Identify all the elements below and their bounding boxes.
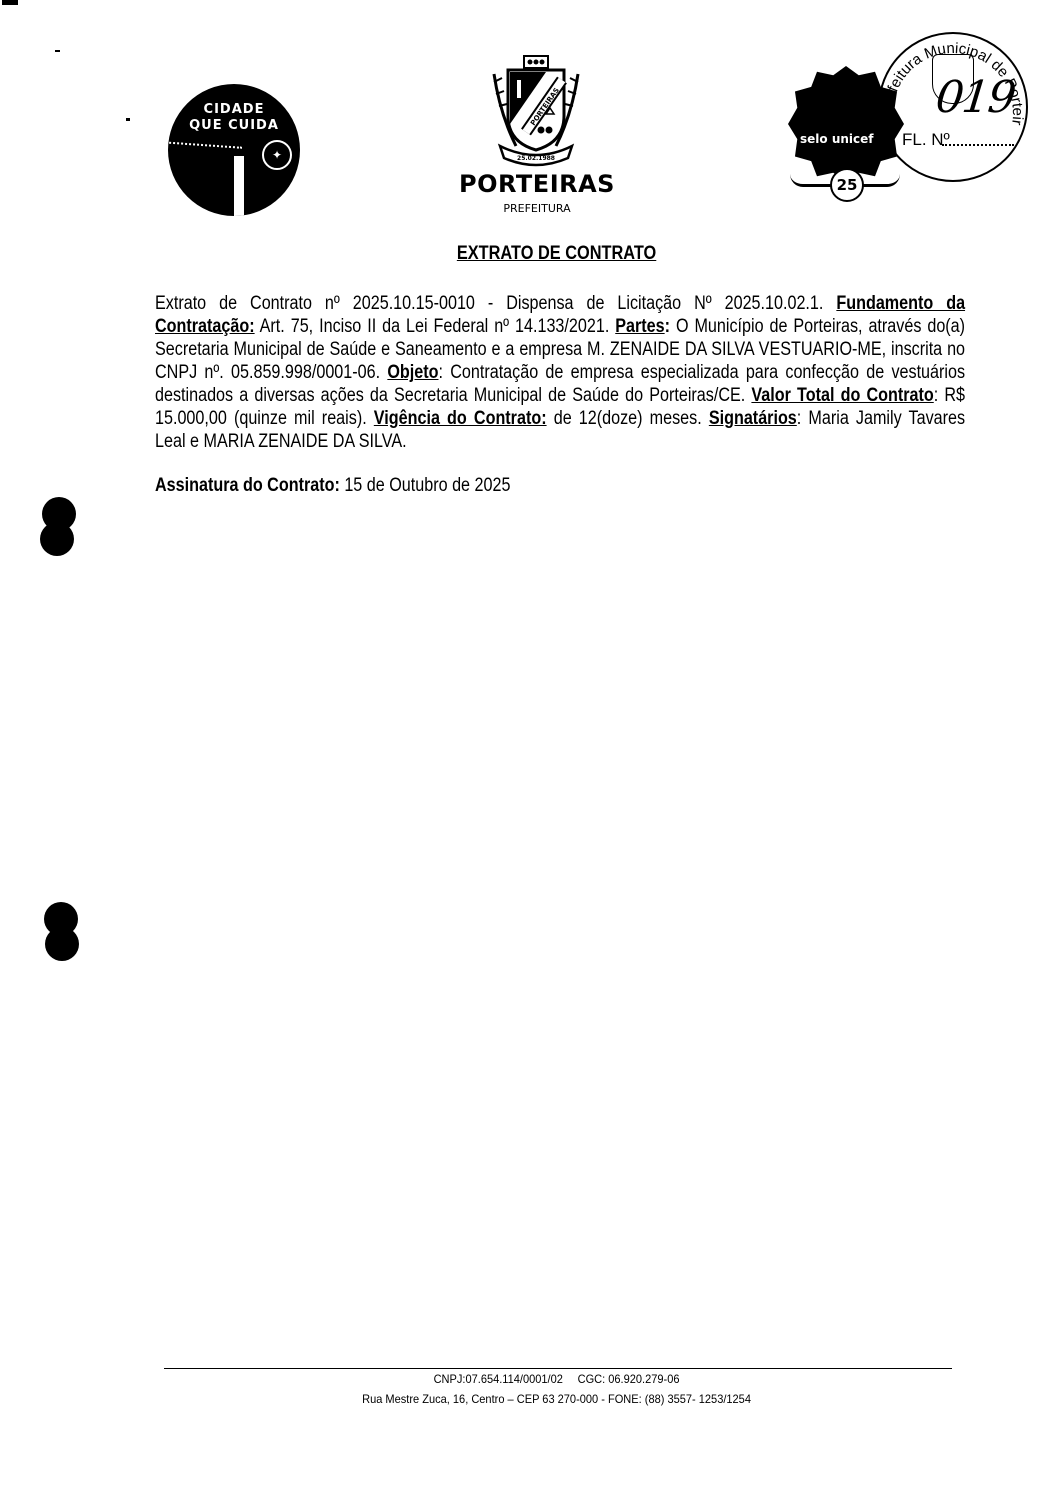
paragraph-segment: Valor Total do Contrato — [751, 385, 933, 406]
footer-divider — [164, 1368, 952, 1369]
scan-speck — [126, 118, 130, 121]
punch-hole — [40, 522, 74, 556]
contract-paragraph: Extrato de Contrato nº 2025.10.15-0010 -… — [155, 292, 965, 453]
badge-number: 25 — [830, 168, 864, 202]
footer-cgc: CGC: 06.920.279-06 — [578, 1372, 680, 1386]
brand-name: PORTEIRAS — [452, 170, 622, 198]
footer-cnpj: CNPJ:07.654.114/0001/02 — [434, 1372, 563, 1386]
coat-of-arms-icon: PORTEIRAS 25.02.1988 — [486, 54, 586, 169]
unicef-label: selo unicef — [800, 132, 874, 146]
punch-hole — [45, 927, 79, 961]
scan-speck — [2, 0, 18, 5]
paragraph-segment: Objeto — [387, 362, 438, 383]
paragraph-segment: Partes: — [615, 316, 670, 337]
handwritten-page-number: 019 — [933, 72, 1016, 123]
contract-signing-line: Assinatura do Contrato: 15 de Outubro de… — [155, 475, 750, 497]
footer-address: Rua Mestre Zuca, 16, Centro – CEP 63 270… — [45, 1392, 1058, 1406]
scan-speck — [55, 50, 60, 52]
page-label: FL. Nº — [902, 130, 950, 150]
seal-icon: ✦ — [262, 140, 292, 170]
logo-text-line1: CIDADE — [168, 102, 300, 117]
signing-label: Assinatura do Contrato: — [155, 475, 340, 496]
logo-curve — [168, 141, 242, 150]
cidade-que-cuida-logo: CIDADE QUE CUIDA ✦ — [168, 84, 300, 216]
page-number-line — [942, 144, 1014, 146]
logo-text-line2: QUE CUIDA — [168, 118, 300, 133]
paragraph-segment: Extrato de Contrato nº 2025.10.15-0010 -… — [155, 293, 836, 314]
document-title: EXTRATO DE CONTRATO — [78, 243, 1035, 265]
paragraph-segment: de 12(doze) meses. — [547, 408, 709, 429]
footer-registration: CNPJ:07.654.114/0001/02CGC: 06.920.279-0… — [45, 1372, 1058, 1386]
logo-pillar — [234, 156, 244, 216]
signing-date: 15 de Outubro de 2025 — [340, 475, 511, 496]
contract-extract-body: Extrato de Contrato nº 2025.10.15-0010 -… — [155, 292, 965, 453]
brand-subtitle: PREFEITURA — [452, 202, 622, 215]
paragraph-segment: Art. 75, Inciso II da Lei Federal nº 14.… — [255, 316, 616, 337]
paragraph-segment: Vigência do Contrato: — [374, 408, 547, 429]
svg-text:25.02.1988: 25.02.1988 — [517, 155, 555, 162]
paragraph-segment: Signatários — [709, 408, 797, 429]
page-number-stamp: Prefeitura Municipal de Porteiras 019 FL… — [878, 32, 1028, 182]
